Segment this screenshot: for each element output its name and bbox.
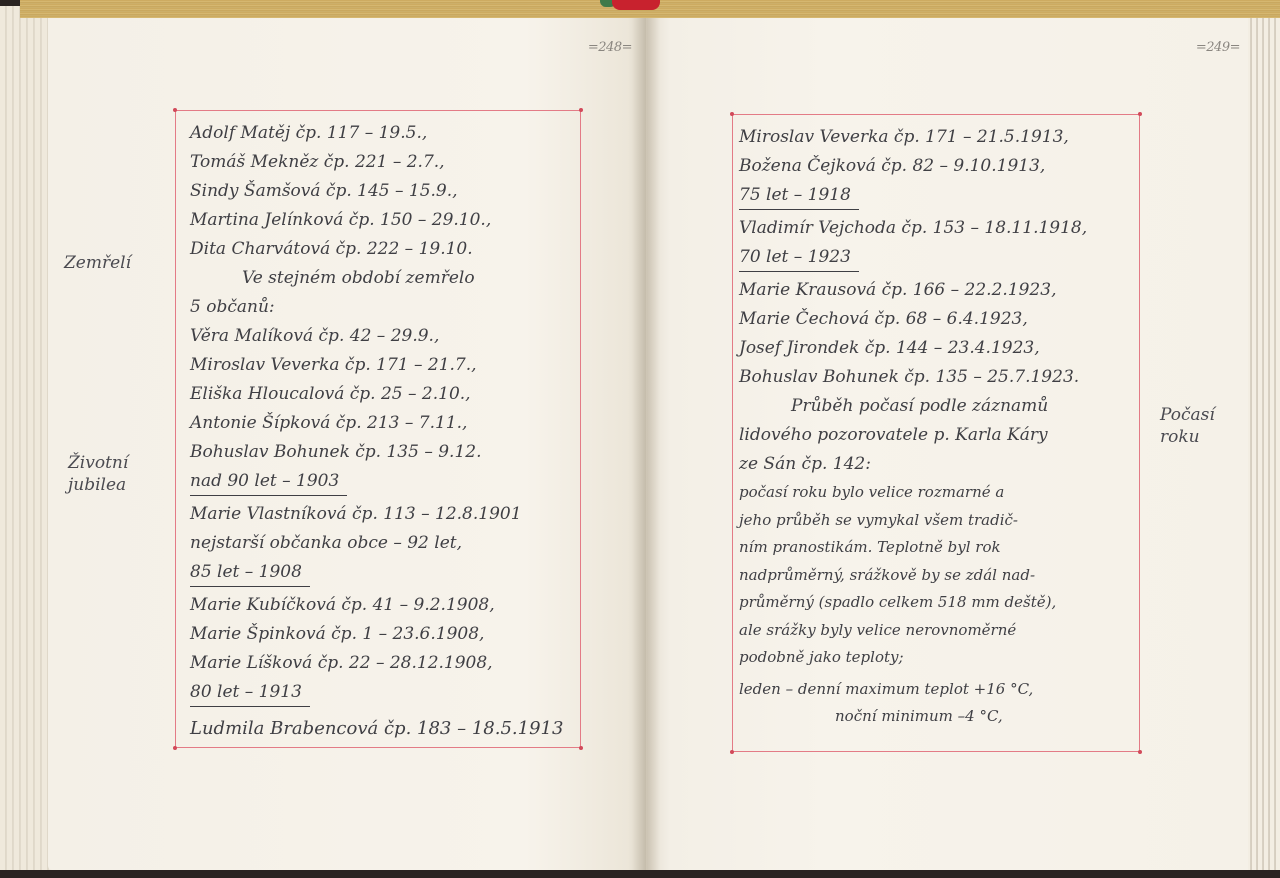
red-ruled-frame: Miroslav Veverka čp. 171 – 21.5.1913, Bo… <box>732 114 1140 752</box>
text-line: ním pranostikám. Teplotně byl rok <box>739 534 1135 562</box>
page-number: =249= <box>1196 40 1240 55</box>
text-line: Průběh počasí podle záznamů <box>739 392 1135 421</box>
left-page: =248= Zemřelí Životní jubilea Adolf Matě… <box>48 12 646 870</box>
text-line: Marie Vlastníková čp. 113 – 12.8.1901 <box>190 500 576 529</box>
text-line: ale srážky byly velice nerovnoměrné <box>739 617 1135 645</box>
text-line: Eliška Hloucalová čp. 25 – 2.10., <box>190 380 576 409</box>
text-line: Miroslav Veverka čp. 171 – 21.7., <box>190 351 576 380</box>
text-line: Adolf Matěj čp. 117 – 19.5., <box>190 119 576 148</box>
text-line: leden – denní maximum teplot +16 °C, <box>739 676 1135 704</box>
red-ruled-frame: Adolf Matěj čp. 117 – 19.5., Tomáš Mekně… <box>175 110 581 748</box>
bookmark-ribbon-red <box>612 0 660 10</box>
text-line: Marie Špinková čp. 1 – 23.6.1908, <box>190 620 576 649</box>
right-page-stack-edge <box>1246 6 1280 872</box>
section-heading: 70 let – 1923 <box>739 243 859 272</box>
frame-corner-dot <box>579 108 583 112</box>
handwritten-text-block: Adolf Matěj čp. 117 – 19.5., Tomáš Mekně… <box>190 119 576 747</box>
text-line: Tomáš Mekněz čp. 221 – 2.7., <box>190 148 576 177</box>
text-line: počasí roku bylo velice rozmarné a <box>739 479 1135 507</box>
section-heading: nad 90 let – 1903 <box>190 467 347 496</box>
text-line: nadprůměrný, srážkově by se zdál nad- <box>739 562 1135 590</box>
text-line: lidového pozorovatele p. Karla Káry <box>739 421 1135 450</box>
text-line: jeho průběh se vymykal všem tradič- <box>739 507 1135 535</box>
frame-corner-dot <box>730 750 734 754</box>
frame-corner-dot <box>173 746 177 750</box>
right-page: =249= Počasí roku Miroslav Veverka čp. 1… <box>646 12 1248 870</box>
text-line: Marie Čechová čp. 68 – 6.4.1923, <box>739 305 1135 334</box>
text-line: ze Sán čp. 142: <box>739 450 1135 479</box>
margin-note-deceased: Zemřelí <box>64 252 131 274</box>
text-line: Antonie Šípková čp. 213 – 7.11., <box>190 409 576 438</box>
section-heading: 75 let – 1918 <box>739 181 859 210</box>
text-line: Josef Jirondek čp. 144 – 23.4.1923, <box>739 334 1135 363</box>
frame-corner-dot <box>1138 112 1142 116</box>
text-line: Božena Čejková čp. 82 – 9.10.1913, <box>739 152 1135 181</box>
text-line: Bohuslav Bohunek čp. 135 – 25.7.1923. <box>739 363 1135 392</box>
text-line: průměrný (spadlo celkem 518 mm deště), <box>739 589 1135 617</box>
open-book: =248= Zemřelí Životní jubilea Adolf Matě… <box>0 0 1280 878</box>
section-heading: 80 let – 1913 <box>190 678 310 707</box>
text-line: noční minimum –4 °C, <box>739 703 1135 731</box>
text-line: Miroslav Veverka čp. 171 – 21.5.1913, <box>739 123 1135 152</box>
left-page-stack-edge <box>0 6 52 872</box>
background-surface <box>0 870 1280 878</box>
text-line: Sindy Šamšová čp. 145 – 15.9., <box>190 177 576 206</box>
margin-note-jubilees: Životní jubilea <box>68 452 138 496</box>
text-line: Ludmila Brabencová čp. 183 – 18.5.1913 <box>190 711 576 747</box>
margin-note-weather: Počasí roku <box>1160 404 1220 448</box>
book-gutter <box>632 12 660 870</box>
text-line: Bohuslav Bohunek čp. 135 – 9.12. <box>190 438 576 467</box>
text-line: Marie Líšková čp. 22 – 28.12.1908, <box>190 649 576 678</box>
section-heading: 85 let – 1908 <box>190 558 310 587</box>
text-line: podobně jako teploty; <box>739 644 1135 672</box>
text-line: Vladimír Vejchoda čp. 153 – 18.11.1918, <box>739 214 1135 243</box>
page-number: =248= <box>588 40 632 55</box>
text-line: Marie Krausová čp. 166 – 22.2.1923, <box>739 276 1135 305</box>
handwritten-text-block: Miroslav Veverka čp. 171 – 21.5.1913, Bo… <box>739 123 1135 731</box>
text-line: nejstarší občanka obce – 92 let, <box>190 529 576 558</box>
text-line: Věra Malíková čp. 42 – 29.9., <box>190 322 576 351</box>
text-line: Dita Charvátová čp. 222 – 19.10. <box>190 235 576 264</box>
text-line: Ve stejném období zemřelo <box>190 264 576 293</box>
text-line: Martina Jelínková čp. 150 – 29.10., <box>190 206 576 235</box>
text-line: 5 občanů: <box>190 293 576 322</box>
text-line: Marie Kubíčková čp. 41 – 9.2.1908, <box>190 591 576 620</box>
